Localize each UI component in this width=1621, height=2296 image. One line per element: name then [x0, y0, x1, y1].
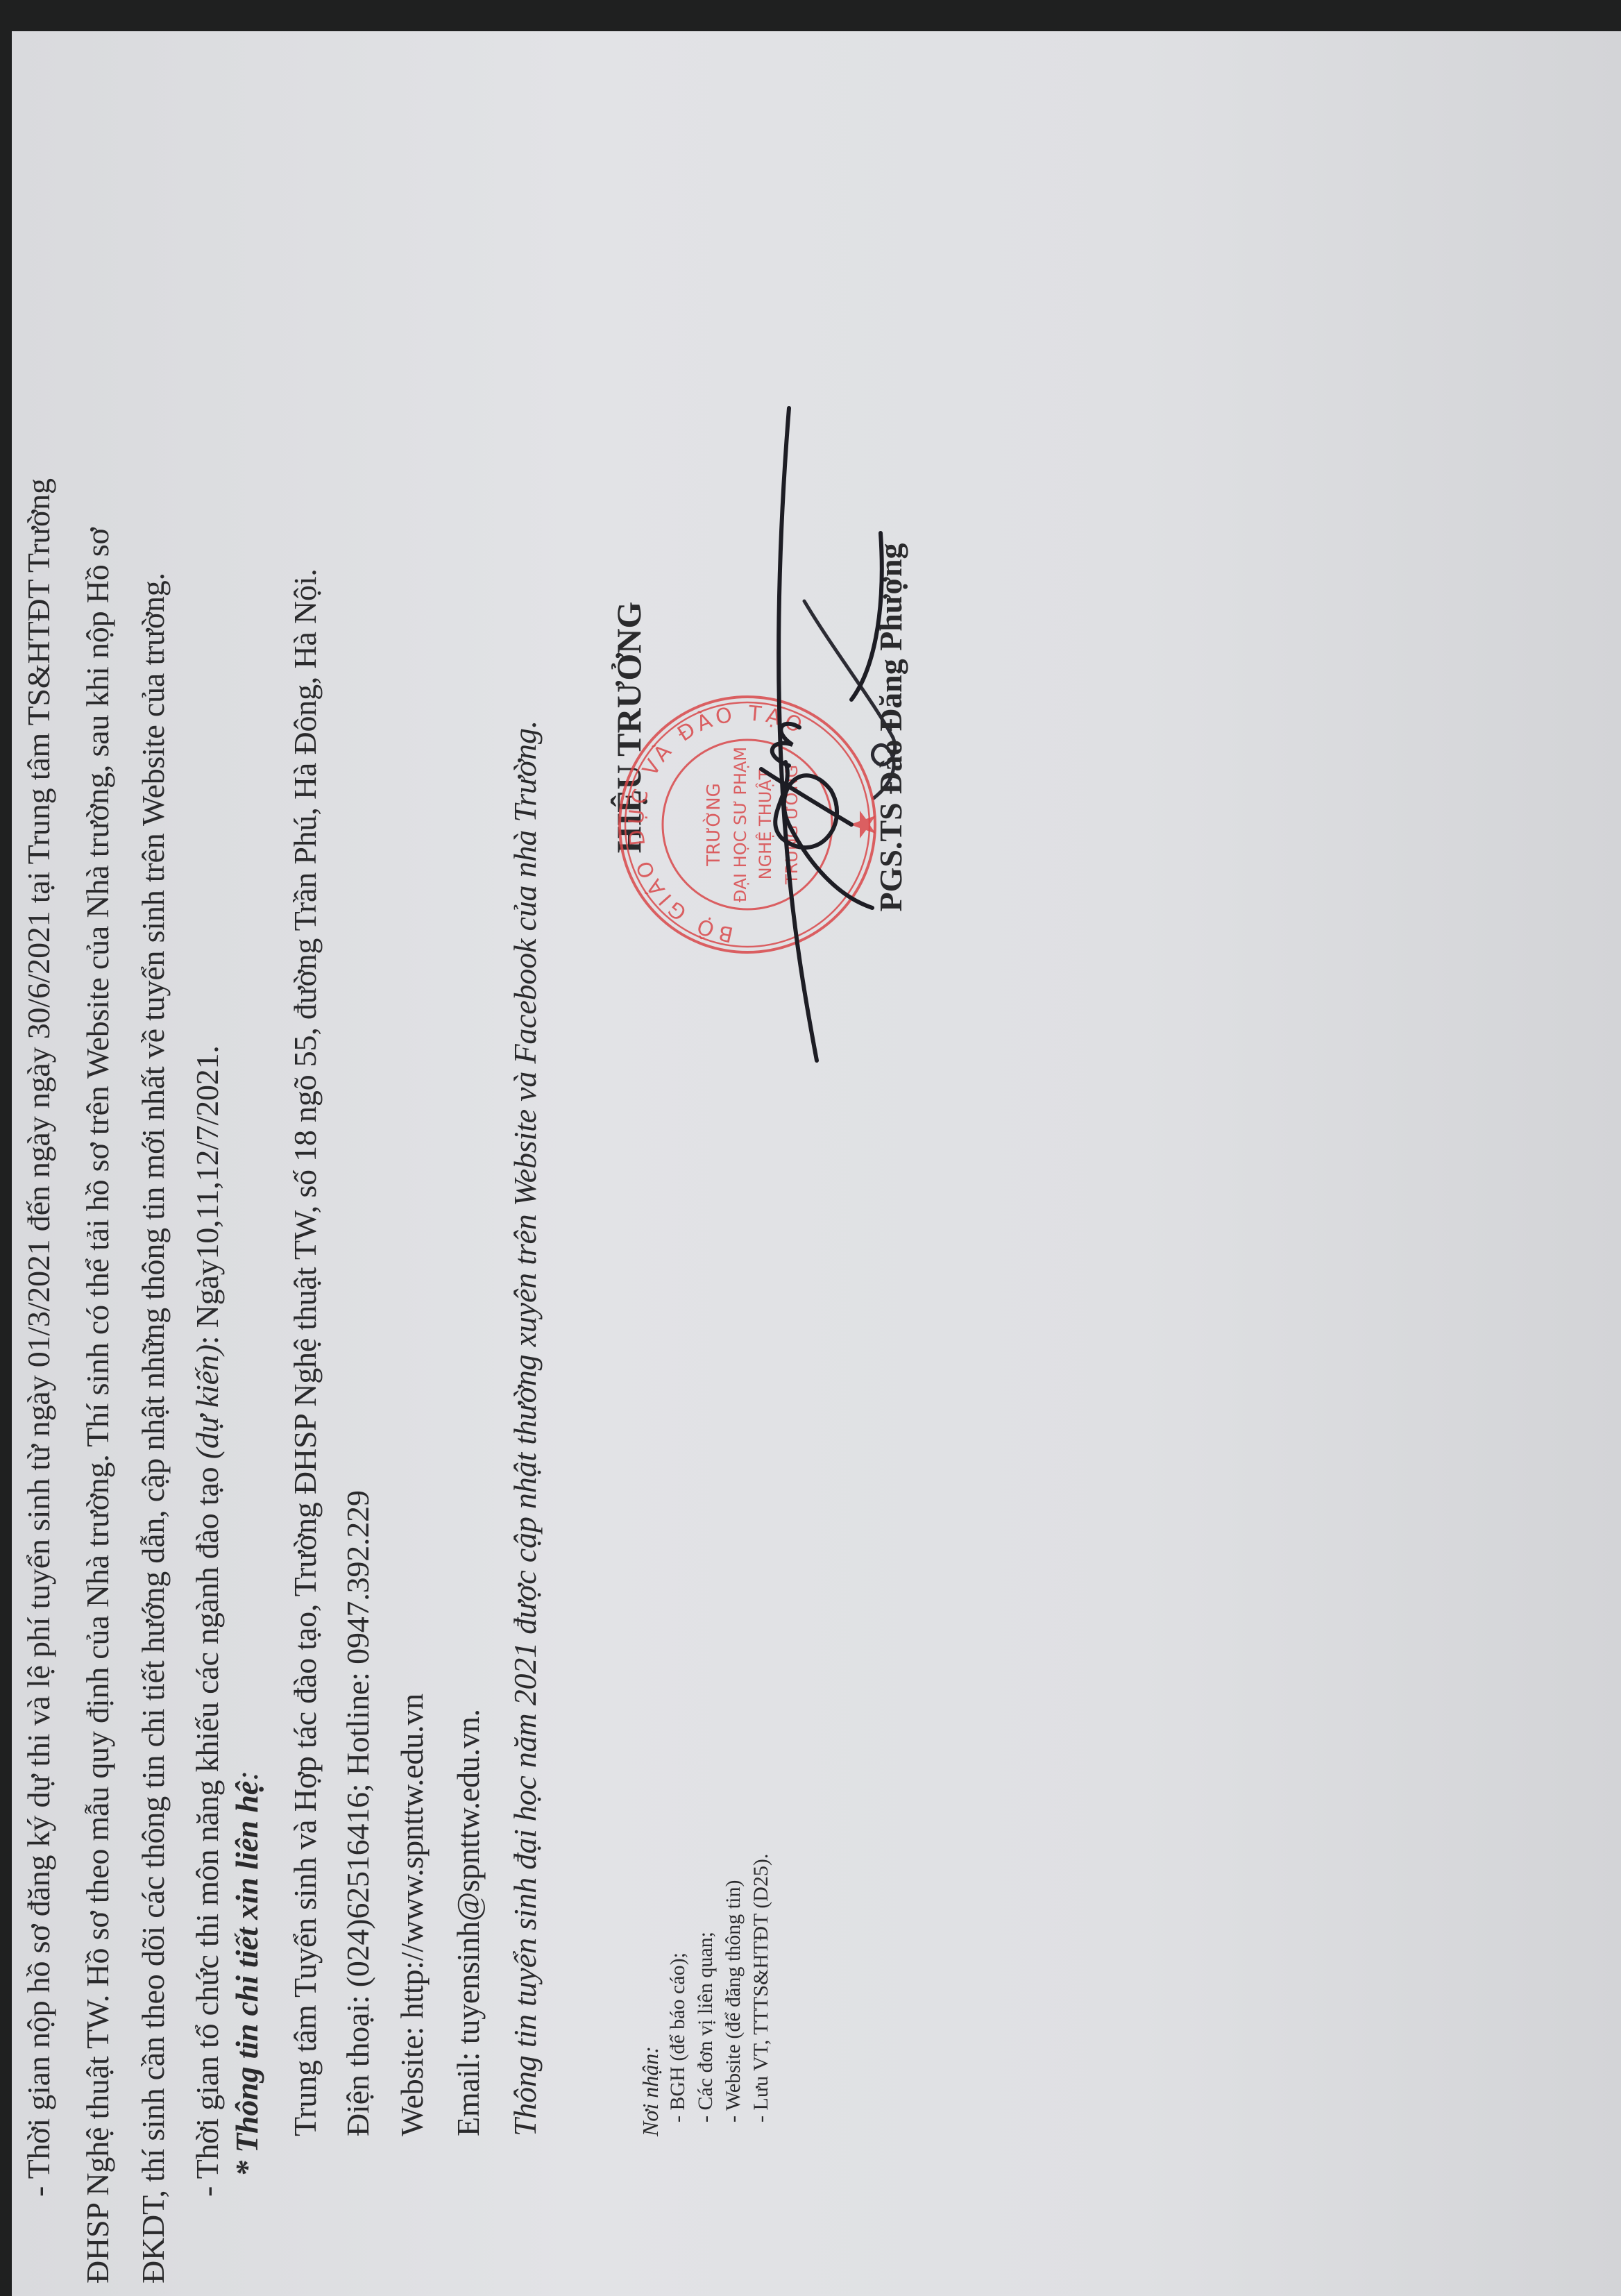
recipient-item: - Lưu VT, TTTS&HTĐT (D25). [747, 1854, 775, 2136]
exam-time-line: - Thời gian tổ chức thi môn năng khiếu c… [188, 1045, 227, 2197]
contact-phone: Điện thoại: (024)62516416; Hotline: 0947… [339, 1490, 377, 2136]
exam-time-prefix: - Thời gian tổ chức thi môn năng khiếu c… [189, 1459, 225, 2197]
exam-time-suffix: : Ngày10,11,12/7/2021. [189, 1045, 225, 1344]
recipients-block: Nơi nhận: - BGH (để báo cáo); - Các đơn … [636, 1854, 775, 2136]
contact-website[interactable]: Website: http://www.spnttw.edu.vn [393, 1694, 432, 2136]
recipient-item: - BGH (để báo cáo); [664, 1854, 692, 2136]
paragraph-line: ĐKDT, thí sinh cần theo dõi các thông ti… [134, 573, 173, 2284]
contact-heading: * Thông tin chi tiết xin liên hệ: [228, 1771, 266, 2177]
paragraph-line: ĐHSP Nghệ thuật TW. Hồ sơ theo mẫu quy đ… [78, 527, 117, 2284]
recipient-item: - Các đơn vị liên quan; [692, 1854, 720, 2136]
contact-heading-colon: : [229, 1771, 264, 1781]
recipients-heading: Nơi nhận: [636, 1854, 664, 2136]
update-note: Thông tin tuyển sinh đại học năm 2021 đư… [506, 720, 545, 2136]
exam-time-note: (dự kiến) [189, 1344, 225, 1459]
contact-center: Trung tâm Tuyển sinh và Hợp tác đào tạo,… [286, 568, 325, 2136]
paragraph-line: - Thời gian nộp hồ sơ đăng ký dự thi và … [19, 478, 58, 2197]
document-page: - Thời gian nộp hồ sơ đăng ký dự thi và … [12, 31, 1621, 2296]
contact-heading-text: * Thông tin chi tiết xin liên hệ [229, 1781, 264, 2177]
contact-email[interactable]: Email: tuyensinh@spnttw.edu.vn. [449, 1709, 488, 2136]
handwritten-signature-icon [622, 353, 935, 1116]
recipient-item: - Website (để đăng thông tin) [720, 1854, 747, 2136]
